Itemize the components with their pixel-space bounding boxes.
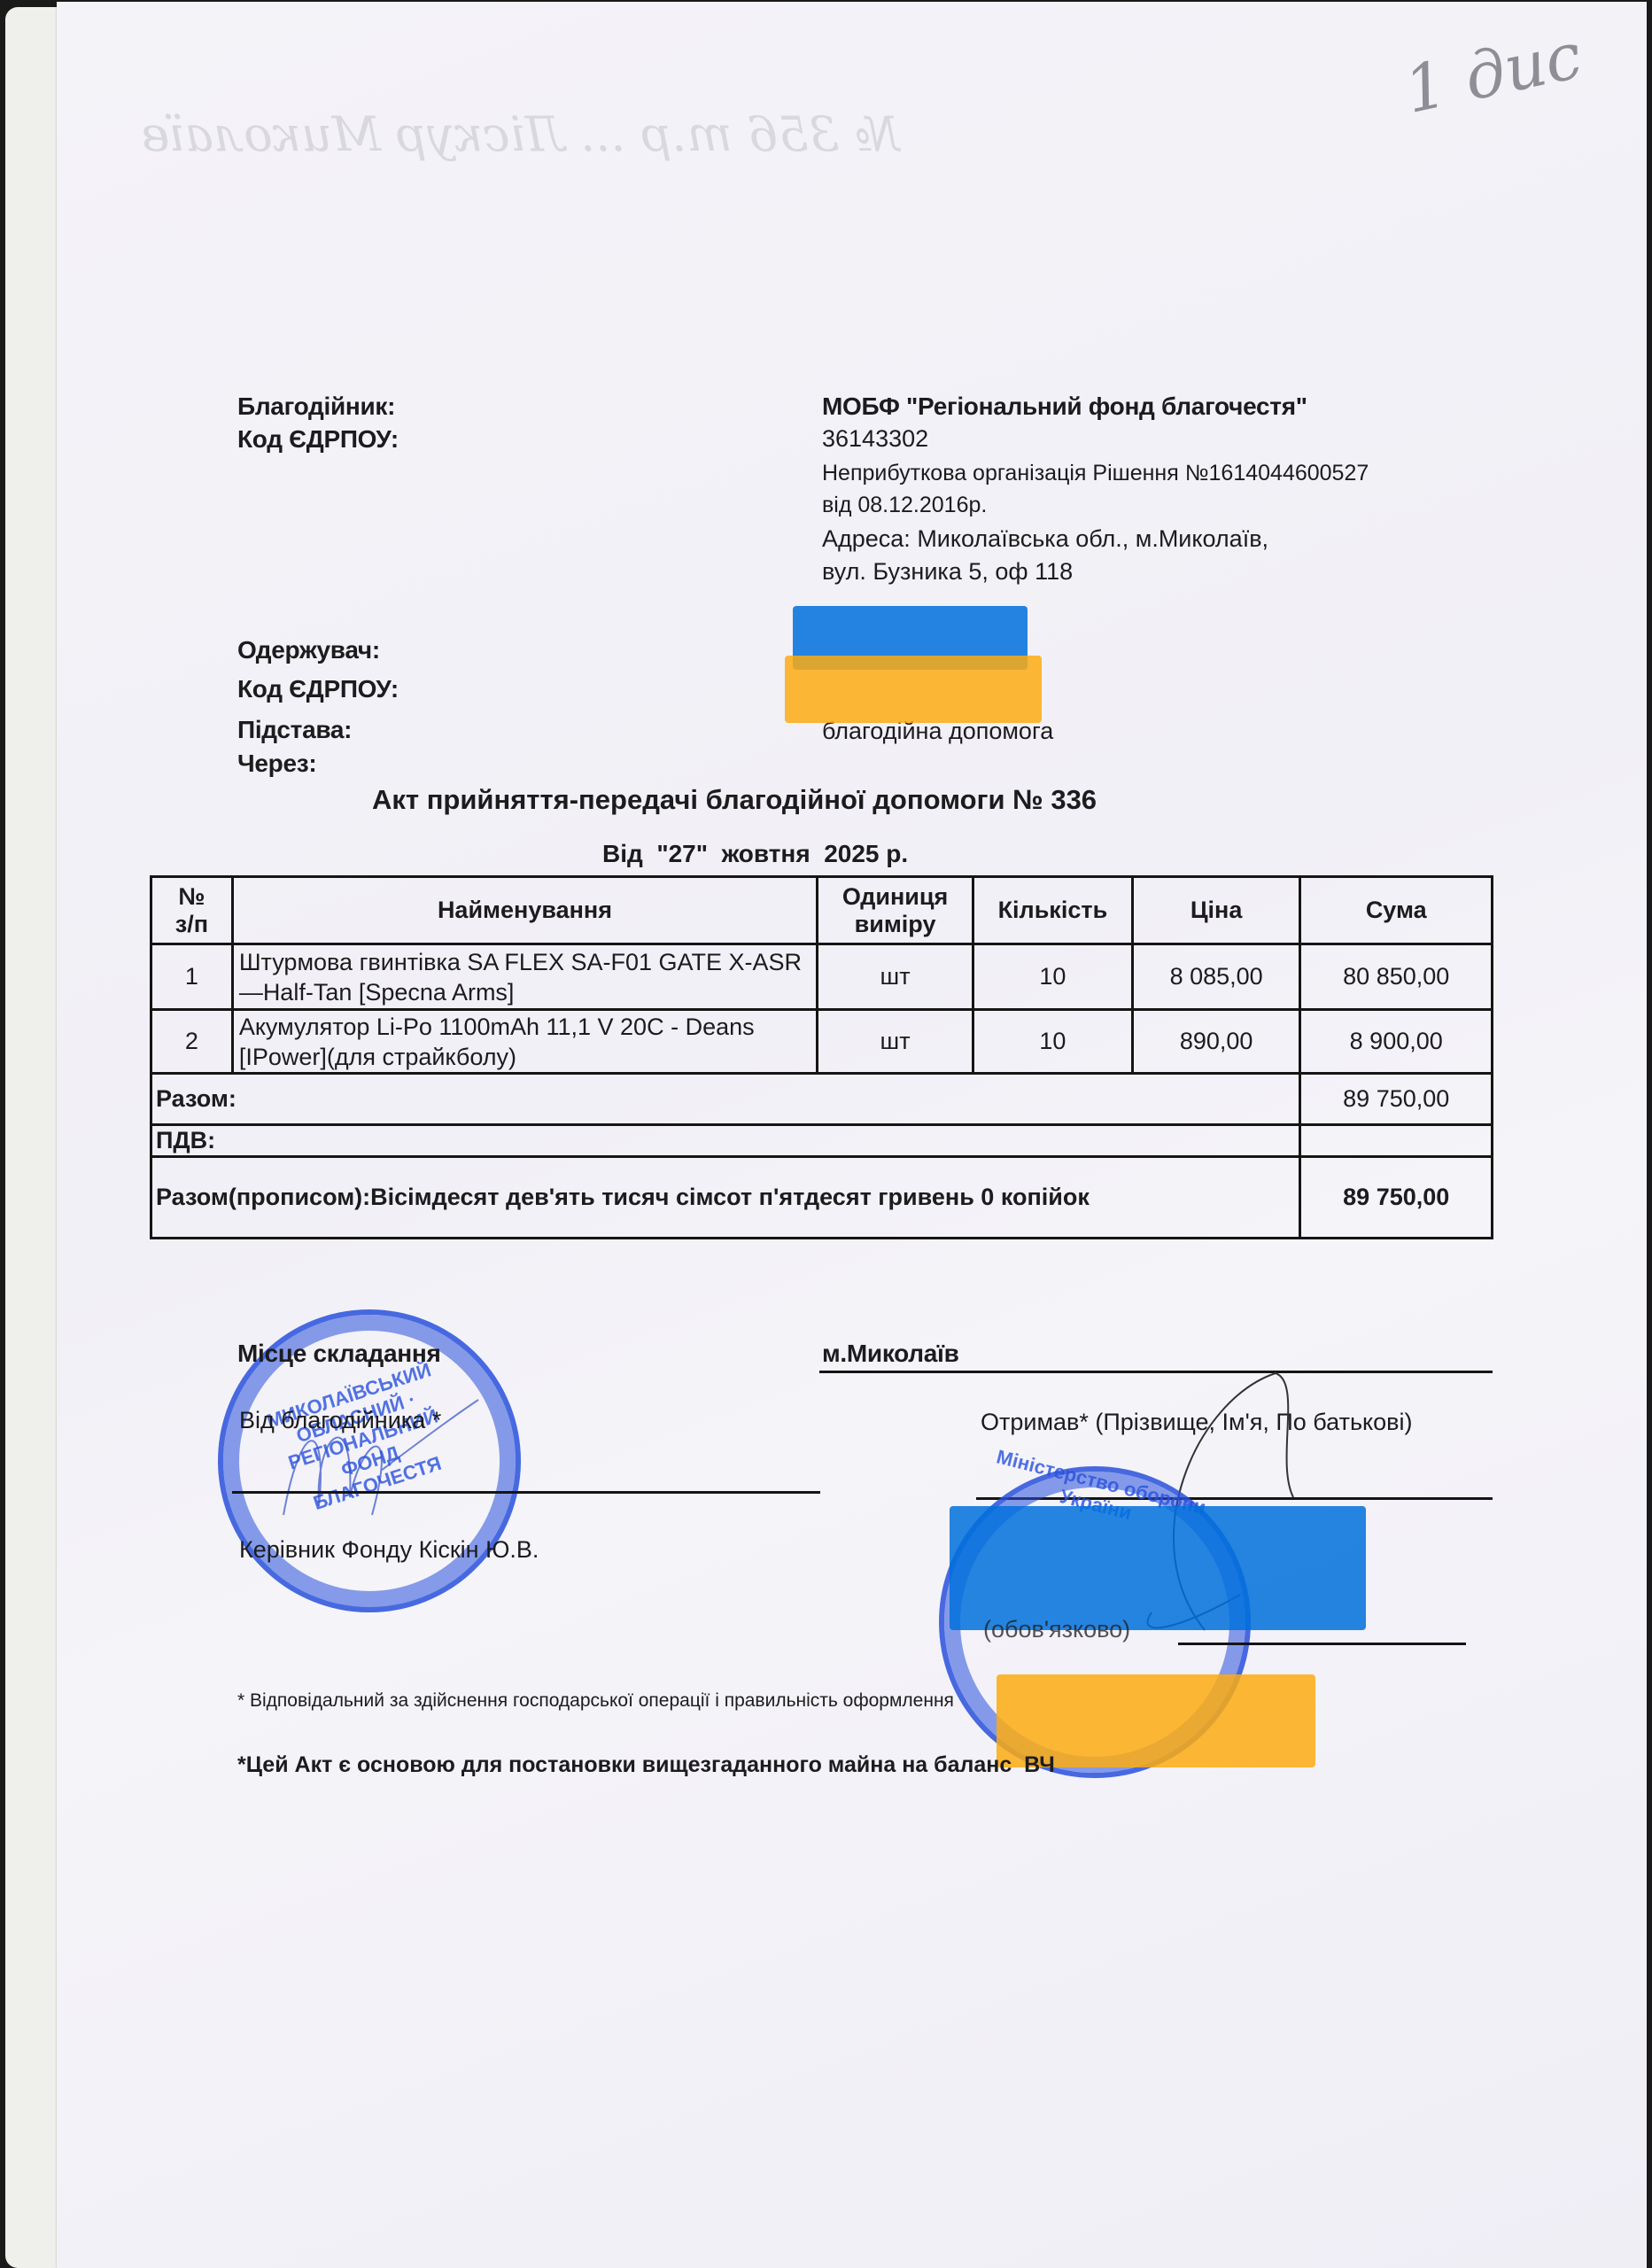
vat-value: [1300, 1125, 1493, 1157]
items-table: №з/п Найменування Одиницявиміру Кількіст…: [150, 875, 1493, 1239]
recipient-label: Одержувач:: [237, 636, 380, 664]
header-no: №з/п: [151, 877, 233, 944]
row-name: Штурмова гвинтівка SA FLEX SA-F01 GATE X…: [232, 944, 817, 1010]
row-unit: шт: [818, 944, 973, 1010]
total-words-row: Разом(прописом):Вісімдесят дев'ять тисяч…: [151, 1157, 1493, 1239]
total-row: Разом: 89 750,00: [151, 1074, 1493, 1125]
table-row: 2 Акумулятор Li-Po 1100mAh 11,1 V 20C - …: [151, 1010, 1493, 1074]
total-words-label: Разом(прописом):Вісімдесят дев'ять тисяч…: [151, 1157, 1300, 1239]
recipient-code-label: Код ЄДРПОУ:: [237, 675, 399, 703]
header-sum: Сума: [1300, 877, 1493, 944]
total-words-value: 89 750,00: [1300, 1157, 1493, 1239]
row-price: 8 085,00: [1132, 944, 1300, 1010]
table-header-row: №з/п Найменування Одиницявиміру Кількіст…: [151, 877, 1493, 944]
basis-label: Підстава:: [237, 716, 352, 744]
from-donor-label: Від благодійника *: [239, 1407, 441, 1434]
donor-label: Благодійник:: [237, 392, 395, 421]
header-qty: Кількість: [973, 877, 1132, 944]
redaction-recipient-signer: [950, 1506, 1366, 1630]
total-label: Разом:: [151, 1074, 1300, 1125]
donor-name: МОБФ "Регіональний фонд благочестя": [822, 392, 1307, 421]
donor-address-line2: вул. Бузника 5, оф 118: [822, 558, 1073, 586]
donor-nonprofit-line: Неприбуткова організація Рішення №161404…: [822, 461, 1369, 486]
footnote-basis: *Цей Акт є основою для постановки вищезг…: [237, 1752, 1055, 1778]
act-title: Акт прийняття-передачі благодійної допом…: [372, 784, 1097, 816]
vat-label: ПДВ:: [151, 1125, 1300, 1157]
row-sum: 8 900,00: [1300, 1010, 1493, 1074]
header-price: Ціна: [1132, 877, 1300, 944]
row-sum: 80 850,00: [1300, 944, 1493, 1010]
table-row: 1 Штурмова гвинтівка SA FLEX SA-F01 GATE…: [151, 944, 1493, 1010]
row-no: 2: [151, 1010, 233, 1074]
donor-address-line1: Адреса: Миколаївська обл., м.Миколаїв,: [822, 525, 1268, 553]
total-value: 89 750,00: [1300, 1074, 1493, 1125]
row-price: 890,00: [1132, 1010, 1300, 1074]
header-unit: Одиницявиміру: [818, 877, 973, 944]
head-of-fund-label: Керівник Фонду Кіскін Ю.В.: [239, 1536, 539, 1564]
row-unit: шт: [818, 1010, 973, 1074]
header-name: Найменування: [232, 877, 817, 944]
bleedthrough-handwriting: № 356 т.р ... Ліскур Миколаїв: [142, 106, 899, 162]
donor-code-label: Код ЄДРПОУ:: [237, 425, 399, 454]
vat-row: ПДВ:: [151, 1125, 1493, 1157]
row-no: 1: [151, 944, 233, 1010]
via-label: Через:: [237, 750, 316, 778]
place-label: Місце складання: [237, 1340, 441, 1368]
footnote-responsible: * Відповідальний за здійснення господарс…: [237, 1690, 954, 1712]
row-name: Акумулятор Li-Po 1100mAh 11,1 V 20C - De…: [232, 1010, 817, 1074]
row-qty: 10: [973, 944, 1132, 1010]
place-value: м.Миколаїв: [822, 1340, 959, 1368]
mandatory-line: [1178, 1643, 1466, 1645]
mandatory-label: (обов'язково): [983, 1616, 1130, 1643]
redaction-recipient-code: [785, 656, 1042, 723]
row-qty: 10: [973, 1010, 1132, 1074]
donor-code: 36143302: [822, 425, 928, 453]
donor-nonprofit-date: від 08.12.2016р.: [822, 493, 987, 518]
act-date: Від "27" жовтня 2025 р.: [602, 840, 908, 868]
donor-signature-line: [232, 1491, 820, 1494]
